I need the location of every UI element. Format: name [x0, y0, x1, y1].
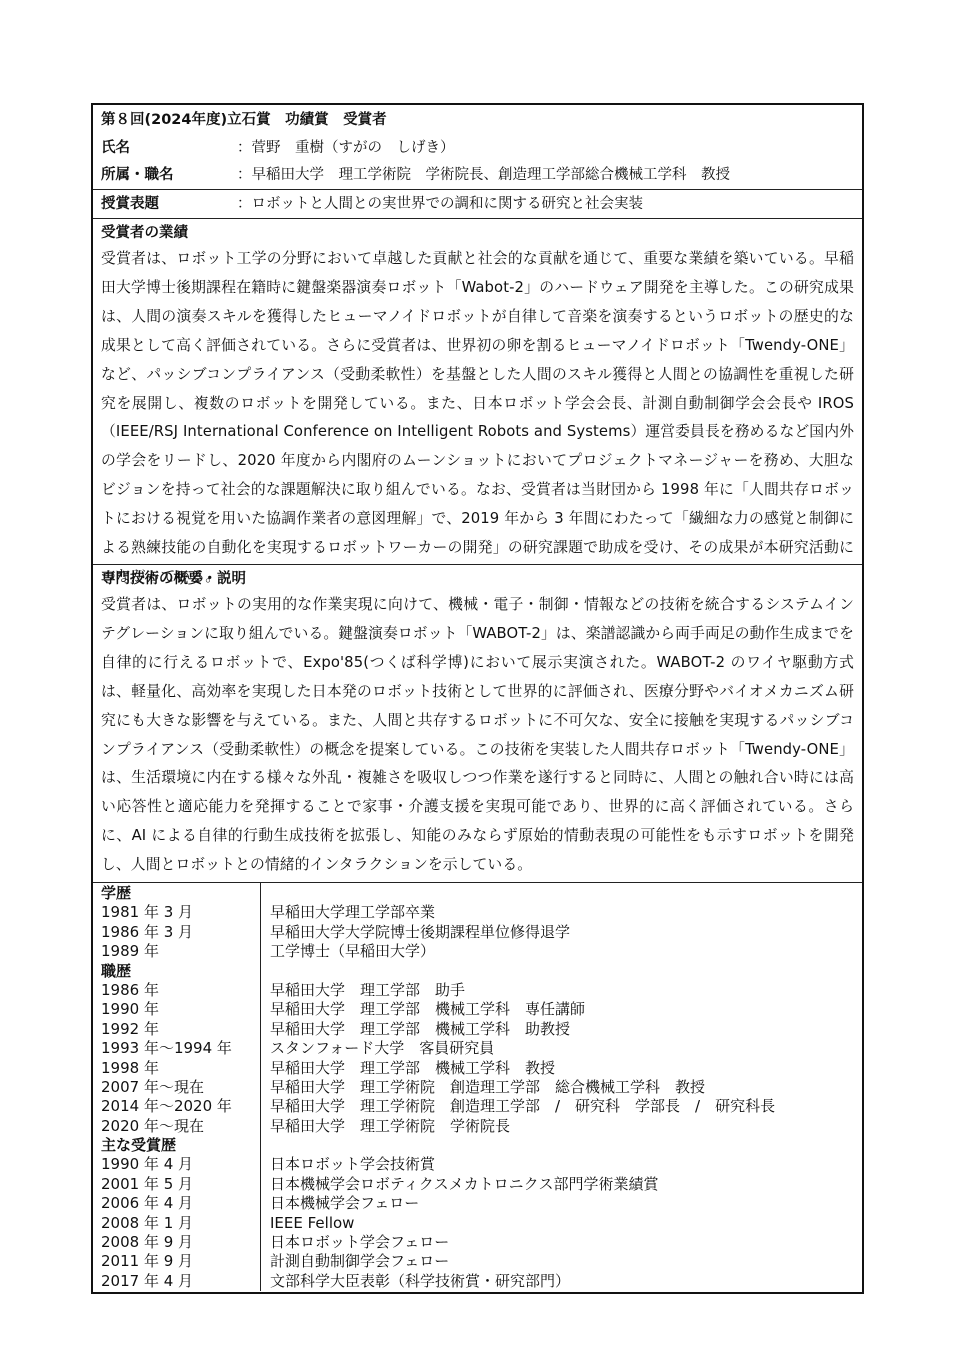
history-text: スタンフォード大学 客員研究員: [270, 1039, 862, 1058]
history-date: 1989 年: [101, 942, 260, 961]
spacer: [270, 1136, 862, 1155]
history-text: 計測自動制御学会フェロー: [270, 1252, 862, 1271]
field-affiliation: 所属・職名 ：早稲田大学 理工学術院 学術院長、創造理工学部総合機械工学科 教授: [93, 162, 862, 189]
history-text: 早稲田大学 理工学術院 創造理工学部 総合機械工学科 教授: [270, 1078, 862, 1097]
field-value: ：菅野 重樹（すがの しげき）: [237, 135, 854, 162]
history-date: 1993 年～1994 年: [101, 1039, 260, 1058]
history-text: 文部科学大臣表彰（科学技術賞・研究部門）: [270, 1272, 862, 1291]
achievements-section: 受賞者の業績 受賞者は、ロボット工学の分野において卓越した貢献と社会的な貢献を通…: [93, 219, 862, 565]
field-value: ：ロボットと人間との実世界での調和に関する研究と社会実装: [237, 190, 854, 218]
history-text: 日本機械学会フェロー: [270, 1194, 862, 1213]
history-table: 学歴 1981 年 3 月 1986 年 3 月 1989 年 職歴 1986 …: [93, 883, 862, 1291]
history-text: 早稲田大学理工学部卒業: [270, 903, 862, 922]
career-heading: 職歴: [101, 962, 260, 981]
history-text: 早稲田大学 理工学部 機械工学科 専任講師: [270, 1000, 862, 1019]
field-award-title: 授賞表題 ：ロボットと人間との実世界での調和に関する研究と社会実装: [93, 190, 862, 219]
history-date: 2020 年～現在: [101, 1117, 260, 1136]
history-date: 1981 年 3 月: [101, 903, 260, 922]
history-date: 2008 年 9 月: [101, 1233, 260, 1252]
spacer: [270, 884, 862, 903]
section-body: 受賞者は、ロボット工学の分野において卓越した貢献と社会的な貢献を通じて、重要な業…: [101, 245, 854, 594]
history-date: 2017 年 4 月: [101, 1272, 260, 1291]
history-text: 早稲田大学 理工学部 助手: [270, 981, 862, 1000]
history-dates-column: 学歴 1981 年 3 月 1986 年 3 月 1989 年 職歴 1986 …: [93, 883, 261, 1291]
field-label: 授賞表題: [101, 190, 237, 218]
field-name: 氏名 ：菅野 重樹（すがの しげき）: [93, 135, 862, 162]
history-text: 早稲田大学 理工学部 機械工学科 助教授: [270, 1020, 862, 1039]
history-text: 早稲田大学大学院博士後期課程単位修得退学: [270, 923, 862, 942]
history-date: 1998 年: [101, 1059, 260, 1078]
awards-heading: 主な受賞歴: [101, 1136, 260, 1155]
field-label: 所属・職名: [101, 162, 237, 189]
history-text: 早稲田大学 理工学部 機械工学科 教授: [270, 1059, 862, 1078]
expertise-section: 専門技術の概要・説明 受賞者は、ロボットの実用的な作業実現に向けて、機械・電子・…: [93, 565, 862, 883]
spacer: [270, 962, 862, 981]
history-details-column: 早稲田大学理工学部卒業 早稲田大学大学院博士後期課程単位修得退学 工学博士（早稲…: [261, 883, 862, 1291]
history-date: 1990 年: [101, 1000, 260, 1019]
history-text: 日本ロボット学会フェロー: [270, 1233, 862, 1252]
document-title: 第８回(2024年度)立石賞 功績賞 受賞者: [93, 105, 862, 135]
education-heading: 学歴: [101, 884, 260, 903]
history-text: 日本ロボット学会技術賞: [270, 1155, 862, 1174]
section-heading: 受賞者の業績: [101, 219, 854, 245]
history-date: 2011 年 9 月: [101, 1252, 260, 1271]
history-date: 2001 年 5 月: [101, 1175, 260, 1194]
history-text: 工学博士（早稲田大学）: [270, 942, 862, 961]
header-block: 第８回(2024年度)立石賞 功績賞 受賞者 氏名 ：菅野 重樹（すがの しげき…: [93, 105, 862, 190]
history-date: 1986 年: [101, 981, 260, 1000]
history-date: 1990 年 4 月: [101, 1155, 260, 1174]
field-value: ：早稲田大学 理工学術院 学術院長、創造理工学部総合機械工学科 教授: [237, 162, 854, 189]
history-date: 2014 年～2020 年: [101, 1097, 260, 1116]
award-sheet: 第８回(2024年度)立石賞 功績賞 受賞者 氏名 ：菅野 重樹（すがの しげき…: [91, 103, 864, 1294]
history-date: 2007 年～現在: [101, 1078, 260, 1097]
field-label: 氏名: [101, 135, 237, 162]
history-date: 2008 年 1 月: [101, 1214, 260, 1233]
history-date: 1986 年 3 月: [101, 923, 260, 942]
section-heading: 専門技術の概要・説明: [101, 565, 854, 591]
history-text: 早稲田大学 理工学術院 創造理工学部 / 研究科 学部長 / 研究科長: [270, 1097, 862, 1116]
history-text: 早稲田大学 理工学術院 学術院長: [270, 1117, 862, 1136]
history-text: 日本機械学会ロボティクスメカトロニクス部門学術業績賞: [270, 1175, 862, 1194]
history-text: IEEE Fellow: [270, 1214, 862, 1233]
section-body: 受賞者は、ロボットの実用的な作業実現に向けて、機械・電子・制御・情報などの技術を…: [101, 591, 854, 882]
history-date: 1992 年: [101, 1020, 260, 1039]
history-date: 2006 年 4 月: [101, 1194, 260, 1213]
